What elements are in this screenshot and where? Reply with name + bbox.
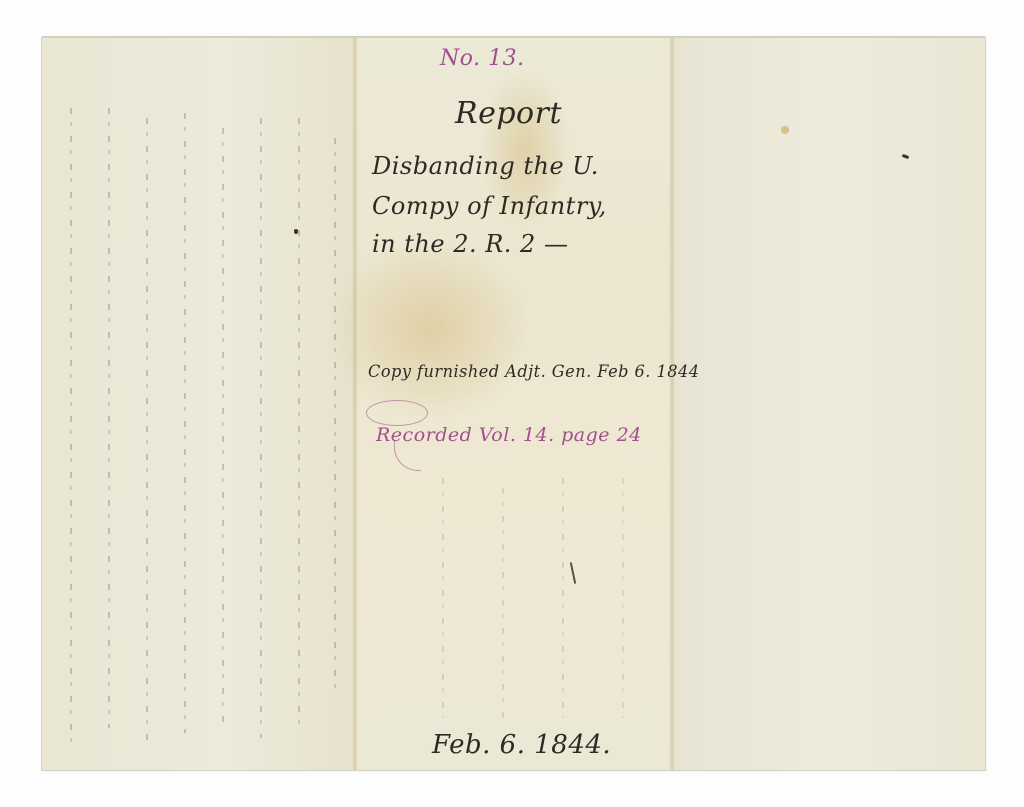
bleed-through-text bbox=[442, 478, 444, 718]
stain-spot bbox=[781, 126, 789, 134]
bleed-through-text bbox=[562, 478, 564, 718]
docket-number: No. 13. bbox=[440, 46, 525, 71]
bleed-through-text bbox=[184, 113, 186, 733]
footer-date: Feb. 6. 1844. bbox=[432, 730, 611, 760]
recorded-note: Recorded Vol. 14. page 24 bbox=[376, 424, 642, 446]
subject-line-2: Compy of Infantry, bbox=[372, 192, 607, 220]
bleed-through-text bbox=[108, 108, 110, 728]
bleed-through-text bbox=[622, 478, 624, 718]
copy-furnished-note: Copy furnished Adjt. Gen. Feb 6. 1844 bbox=[368, 362, 700, 382]
left-panel bbox=[42, 38, 355, 770]
bleed-through-text bbox=[502, 488, 504, 718]
fold-line bbox=[352, 38, 358, 770]
bleed-through-text bbox=[70, 108, 72, 748]
fold-line bbox=[669, 38, 675, 770]
bleed-through-text bbox=[146, 118, 148, 748]
recorded-flourish bbox=[366, 400, 428, 426]
bleed-through-text bbox=[260, 118, 262, 738]
right-panel bbox=[672, 38, 985, 770]
ink-mark bbox=[294, 229, 298, 234]
bleed-through-text bbox=[298, 118, 300, 728]
bleed-through-text bbox=[334, 138, 336, 698]
bleed-through-text bbox=[222, 128, 224, 728]
water-stain bbox=[330, 240, 530, 420]
subject-line-1: Disbanding the U. bbox=[372, 152, 599, 180]
subject-line-3: in the 2. R. 2 — bbox=[372, 230, 568, 258]
docket-title: Report bbox=[455, 96, 562, 131]
